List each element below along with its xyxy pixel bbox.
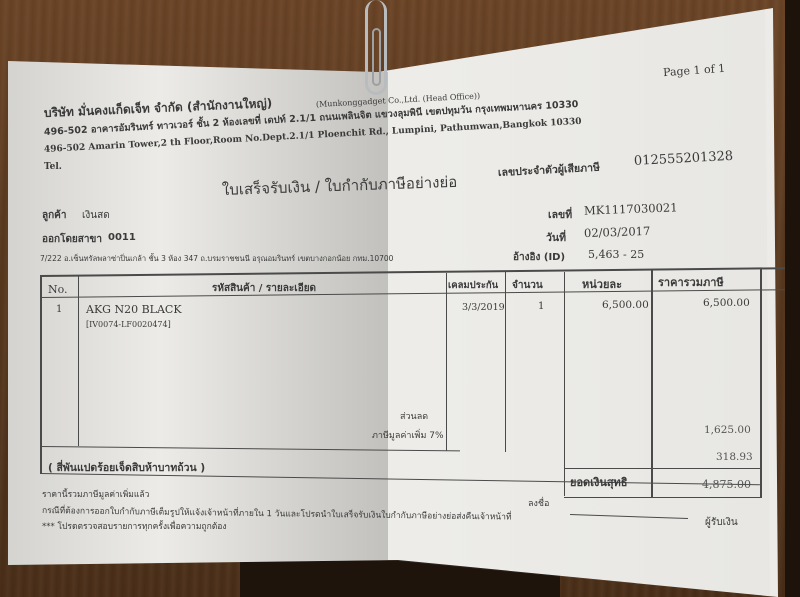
amount-in-words: ( สี่พันแปดร้อยเจ็ดสิบห้าบาทถ้วน )	[48, 459, 205, 476]
table-col-divider	[564, 272, 565, 496]
doc-date-value: 02/03/2017	[584, 224, 651, 240]
col-header-description: รหัสสินค้า / รายละเอียด	[212, 281, 316, 296]
row-code: [IV0074-LF0020474]	[86, 320, 171, 329]
vat-value: 318.93	[716, 451, 753, 463]
doc-date-label: วันที่	[546, 229, 566, 246]
discount-label: ส่วนลด	[400, 409, 428, 423]
customer-value: เงินสด	[82, 208, 110, 223]
vat-label: ภาษีมูลค่าเพิ่ม 7%	[372, 428, 444, 442]
branch-address: 7/222 อ.เซ็นทรัลพลาซ่าปิ่นเกล้า ชั้น 3 ห…	[40, 253, 393, 265]
table-col-divider	[446, 273, 447, 451]
net-total-label: ยอดเงินสุทธิ	[570, 473, 628, 491]
table-right-border	[760, 268, 762, 498]
table-col-divider	[505, 272, 506, 452]
branch-value: 0011	[108, 232, 136, 243]
signature-role: ผู้รับเงิน	[705, 515, 738, 530]
row-total: 6,500.00	[703, 297, 750, 309]
company-tel-label: Tel.	[44, 162, 62, 172]
note-vat-included: ราคานี้รวมภาษีมูลค่าเพิ่มแล้ว	[42, 487, 149, 501]
row-no: 1	[56, 304, 62, 315]
col-header-unit-price: หน่วยละ	[582, 275, 622, 293]
reference-value: 5,463 - 25	[588, 248, 644, 261]
col-header-warranty: เคลมประกัน	[448, 278, 498, 293]
row-warranty: 3/3/2019	[462, 302, 505, 313]
col-header-total: ราคารวมภาษี	[658, 273, 724, 291]
discount-value: 1,625.00	[704, 424, 751, 436]
row-qty: 1	[538, 301, 544, 312]
row-unit-price: 6,500.00	[602, 299, 649, 311]
row-description: AKG N20 BLACK	[86, 303, 182, 316]
reference-label: อ้างอิง (ID)	[513, 250, 565, 265]
net-total-value: 4,875.00	[702, 478, 751, 491]
net-row-top	[564, 468, 760, 469]
branch-label: ออกโดยสาขา	[42, 232, 102, 247]
background-shadow	[785, 0, 800, 597]
net-row-bottom	[564, 497, 760, 498]
signature-label: ลงชื่อ	[528, 496, 549, 510]
table-col-divider	[651, 270, 653, 498]
table-col-divider	[78, 276, 79, 446]
col-header-qty: จำนวน	[512, 278, 543, 293]
note-please-check: *** โปรดตรวจสอบรายการทุกครั้งเพื่อความถู…	[42, 519, 227, 533]
col-header-no: No.	[48, 283, 68, 296]
table-left-border	[40, 276, 42, 474]
doc-number-label: เลขที่	[548, 206, 572, 223]
customer-label: ลูกค้า	[42, 208, 67, 223]
paperclip-inner-icon	[372, 28, 381, 86]
